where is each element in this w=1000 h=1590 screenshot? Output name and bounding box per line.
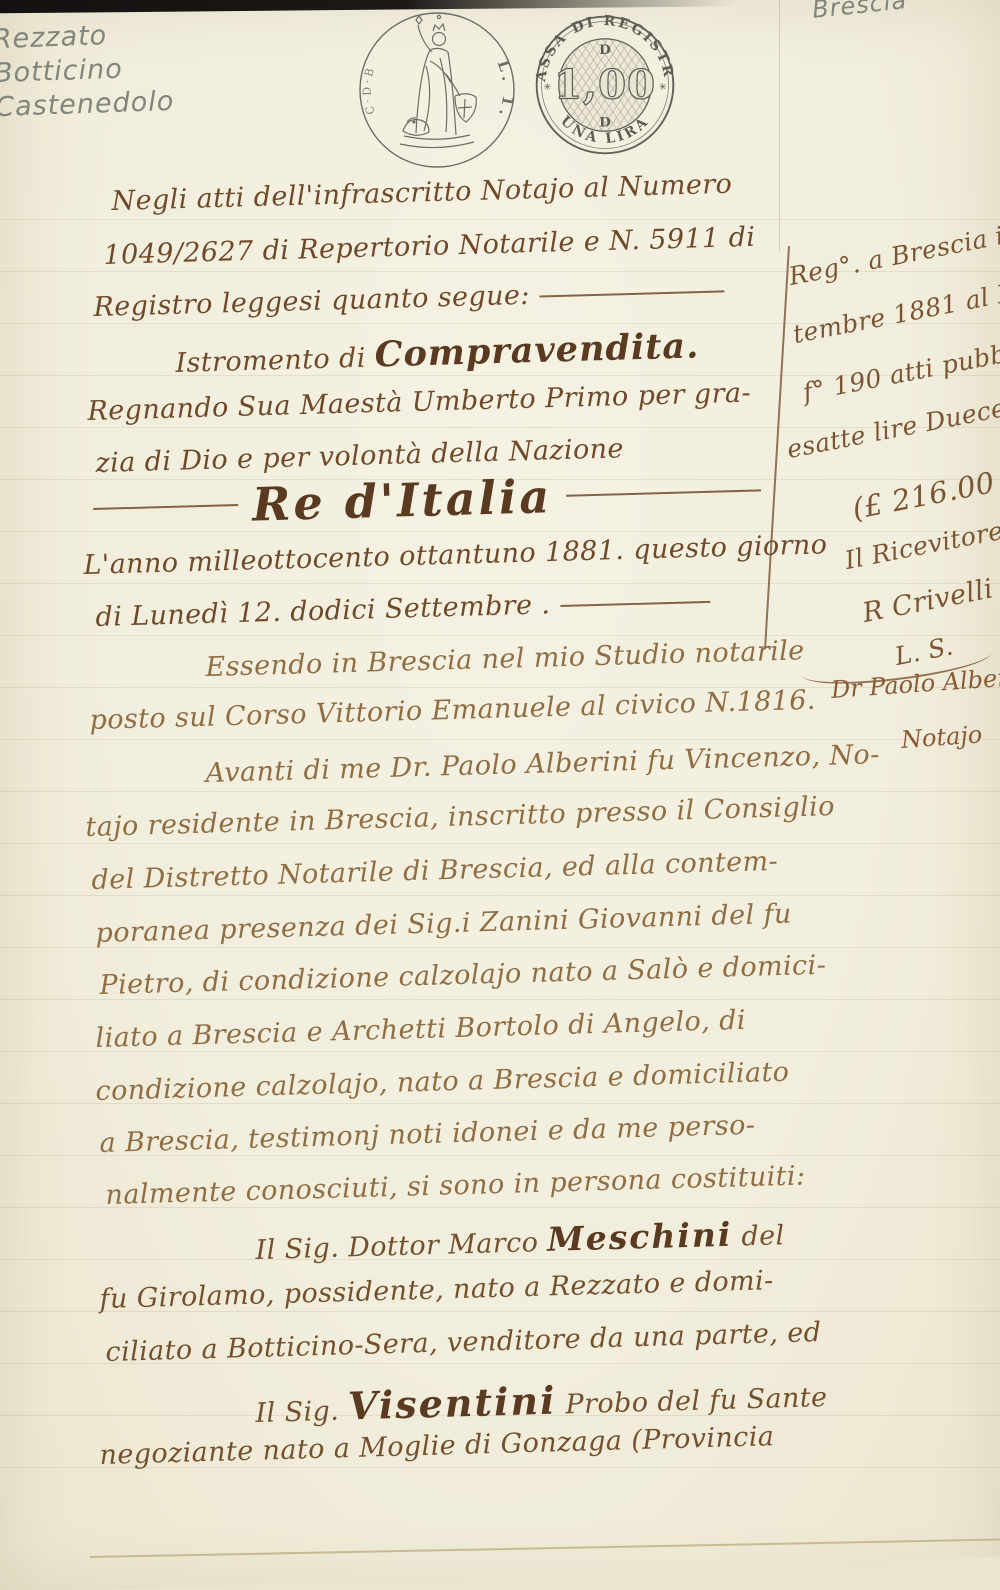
deed-title: Compravendita.	[374, 325, 700, 375]
stamp-right-letter-top: D	[599, 42, 611, 58]
page-bottom-edge-line	[90, 1538, 1000, 1558]
manuscript-page: Rezzato Botticino Castenedolo Brescia	[0, 0, 1000, 1590]
manuscript-line: ciliato a Botticino-Sera, venditore da u…	[105, 1317, 822, 1368]
manuscript-line: di Lunedì 12. dodici Settembre .	[95, 585, 711, 633]
receiver-signature: R Crivelli	[860, 573, 996, 629]
manuscript-text: Istromento di	[175, 342, 375, 379]
manuscript-text: di Lunedì 12. dodici Settembre .	[95, 589, 551, 633]
flourish-rule	[93, 504, 238, 510]
pencil-note-city: Brescia	[811, 0, 909, 24]
stamp-rosette-right-icon: ✳	[659, 82, 667, 93]
manuscript-line: nalmente conosciuti, si sono in persona …	[105, 1160, 806, 1211]
margin-note-line: f° 190 atti pubblici	[800, 332, 1000, 407]
margin-crease	[779, 0, 780, 252]
pencil-note-line: Castenedolo	[0, 85, 175, 125]
manuscript-text: Registro leggesi quanto segue:	[93, 280, 530, 323]
stamp-rosette-left-icon: ✳	[543, 82, 551, 93]
manuscript-line: a Brescia, testimonj noti idonei e da me…	[99, 1110, 756, 1159]
manuscript-line: fu Girolamo, possidente, nato a Rezzato …	[99, 1265, 774, 1315]
margin-note-amount: (£ 216.00	[850, 465, 998, 526]
manuscript-line: 1049/2627 di Repertorio Notarile e N. 59…	[103, 222, 756, 271]
margin-note-line: Reg°. a Brescia il 17. S=	[786, 201, 1000, 291]
flourish-rule	[540, 290, 725, 297]
manuscript-line: poranea presenza dei Sig.i Zanini Giovan…	[95, 899, 792, 949]
manuscript-text: Il Sig.	[255, 1395, 349, 1429]
svg-text:C·D·B: C·D·B	[361, 64, 378, 116]
pencil-note-places: Rezzato Botticino Castenedolo	[0, 17, 175, 125]
svg-text:L. 1.: L. 1.	[494, 58, 518, 123]
flourish-rule	[566, 489, 761, 496]
manuscript-line: posto sul Corso Vittorio Emanuele al civ…	[89, 685, 816, 736]
flourish-rule	[560, 601, 710, 607]
stamp-left-side-text: C·D·B	[361, 64, 378, 116]
stamp-right-value: 1,00	[554, 60, 656, 108]
manuscript-text: Il Sig. Dottor Marco	[255, 1227, 548, 1266]
manuscript-line: Avanti di me Dr. Paolo Alberini fu Vince…	[205, 739, 880, 789]
margin-note-line: Il Ricevitore	[842, 516, 1000, 575]
manuscript-line: tajo residente in Brescia, inscritto pre…	[85, 791, 835, 843]
buyer-surname: Visentini	[347, 1378, 557, 1429]
seller-surname: Meschini	[547, 1215, 733, 1259]
tassa-di-registro-stamp: TASSA DI REGISTRO UNA LIRA D D 1,00 ✳ ✳	[528, 8, 682, 162]
manuscript-line: del Distretto Notarile di Brescia, ed al…	[91, 846, 778, 896]
king-of-italy-heading: Re d'Italia	[251, 469, 552, 531]
tassa-stamp-graphic: TASSA DI REGISTRO UNA LIRA D D 1,00 ✳ ✳	[528, 8, 682, 162]
manuscript-line: negoziante nato a Moglie di Gonzaga (Pro…	[99, 1421, 775, 1471]
embossed-revenue-stamp: L. 1. C·D·B	[356, 4, 518, 176]
manuscript-line: liato a Brescia e Archetti Bortolo di An…	[95, 1005, 746, 1054]
manuscript-line: Essendo in Brescia nel mio Studio notari…	[205, 635, 805, 683]
stamp-right-letter-bottom: D	[599, 114, 611, 130]
stamp-left-value-text: L. 1.	[494, 58, 518, 123]
manuscript-text: Probo del fu Sante	[556, 1382, 828, 1421]
manuscript-line: Regnando Sua Maestà Umberto Primo per gr…	[87, 377, 751, 427]
italia-figure-stamp-graphic: L. 1. C·D·B	[356, 4, 518, 176]
manuscript-line: Il Sig. Dottor Marco Meschini del	[255, 1213, 785, 1267]
manuscript-line: Istromento di Compravendita.	[175, 325, 700, 381]
notary-margin-title: Notajo	[900, 720, 983, 754]
manuscript-line: condizione calzolajo, nato a Brescia e d…	[95, 1057, 790, 1107]
manuscript-line: Pietro, di condizione calzolajo nato a S…	[99, 950, 826, 1001]
manuscript-line: L'anno milleottocento ottantuno 1881. qu…	[83, 529, 828, 581]
manuscript-text: del	[732, 1220, 785, 1252]
manuscript-line: Registro leggesi quanto segue:	[93, 274, 725, 323]
